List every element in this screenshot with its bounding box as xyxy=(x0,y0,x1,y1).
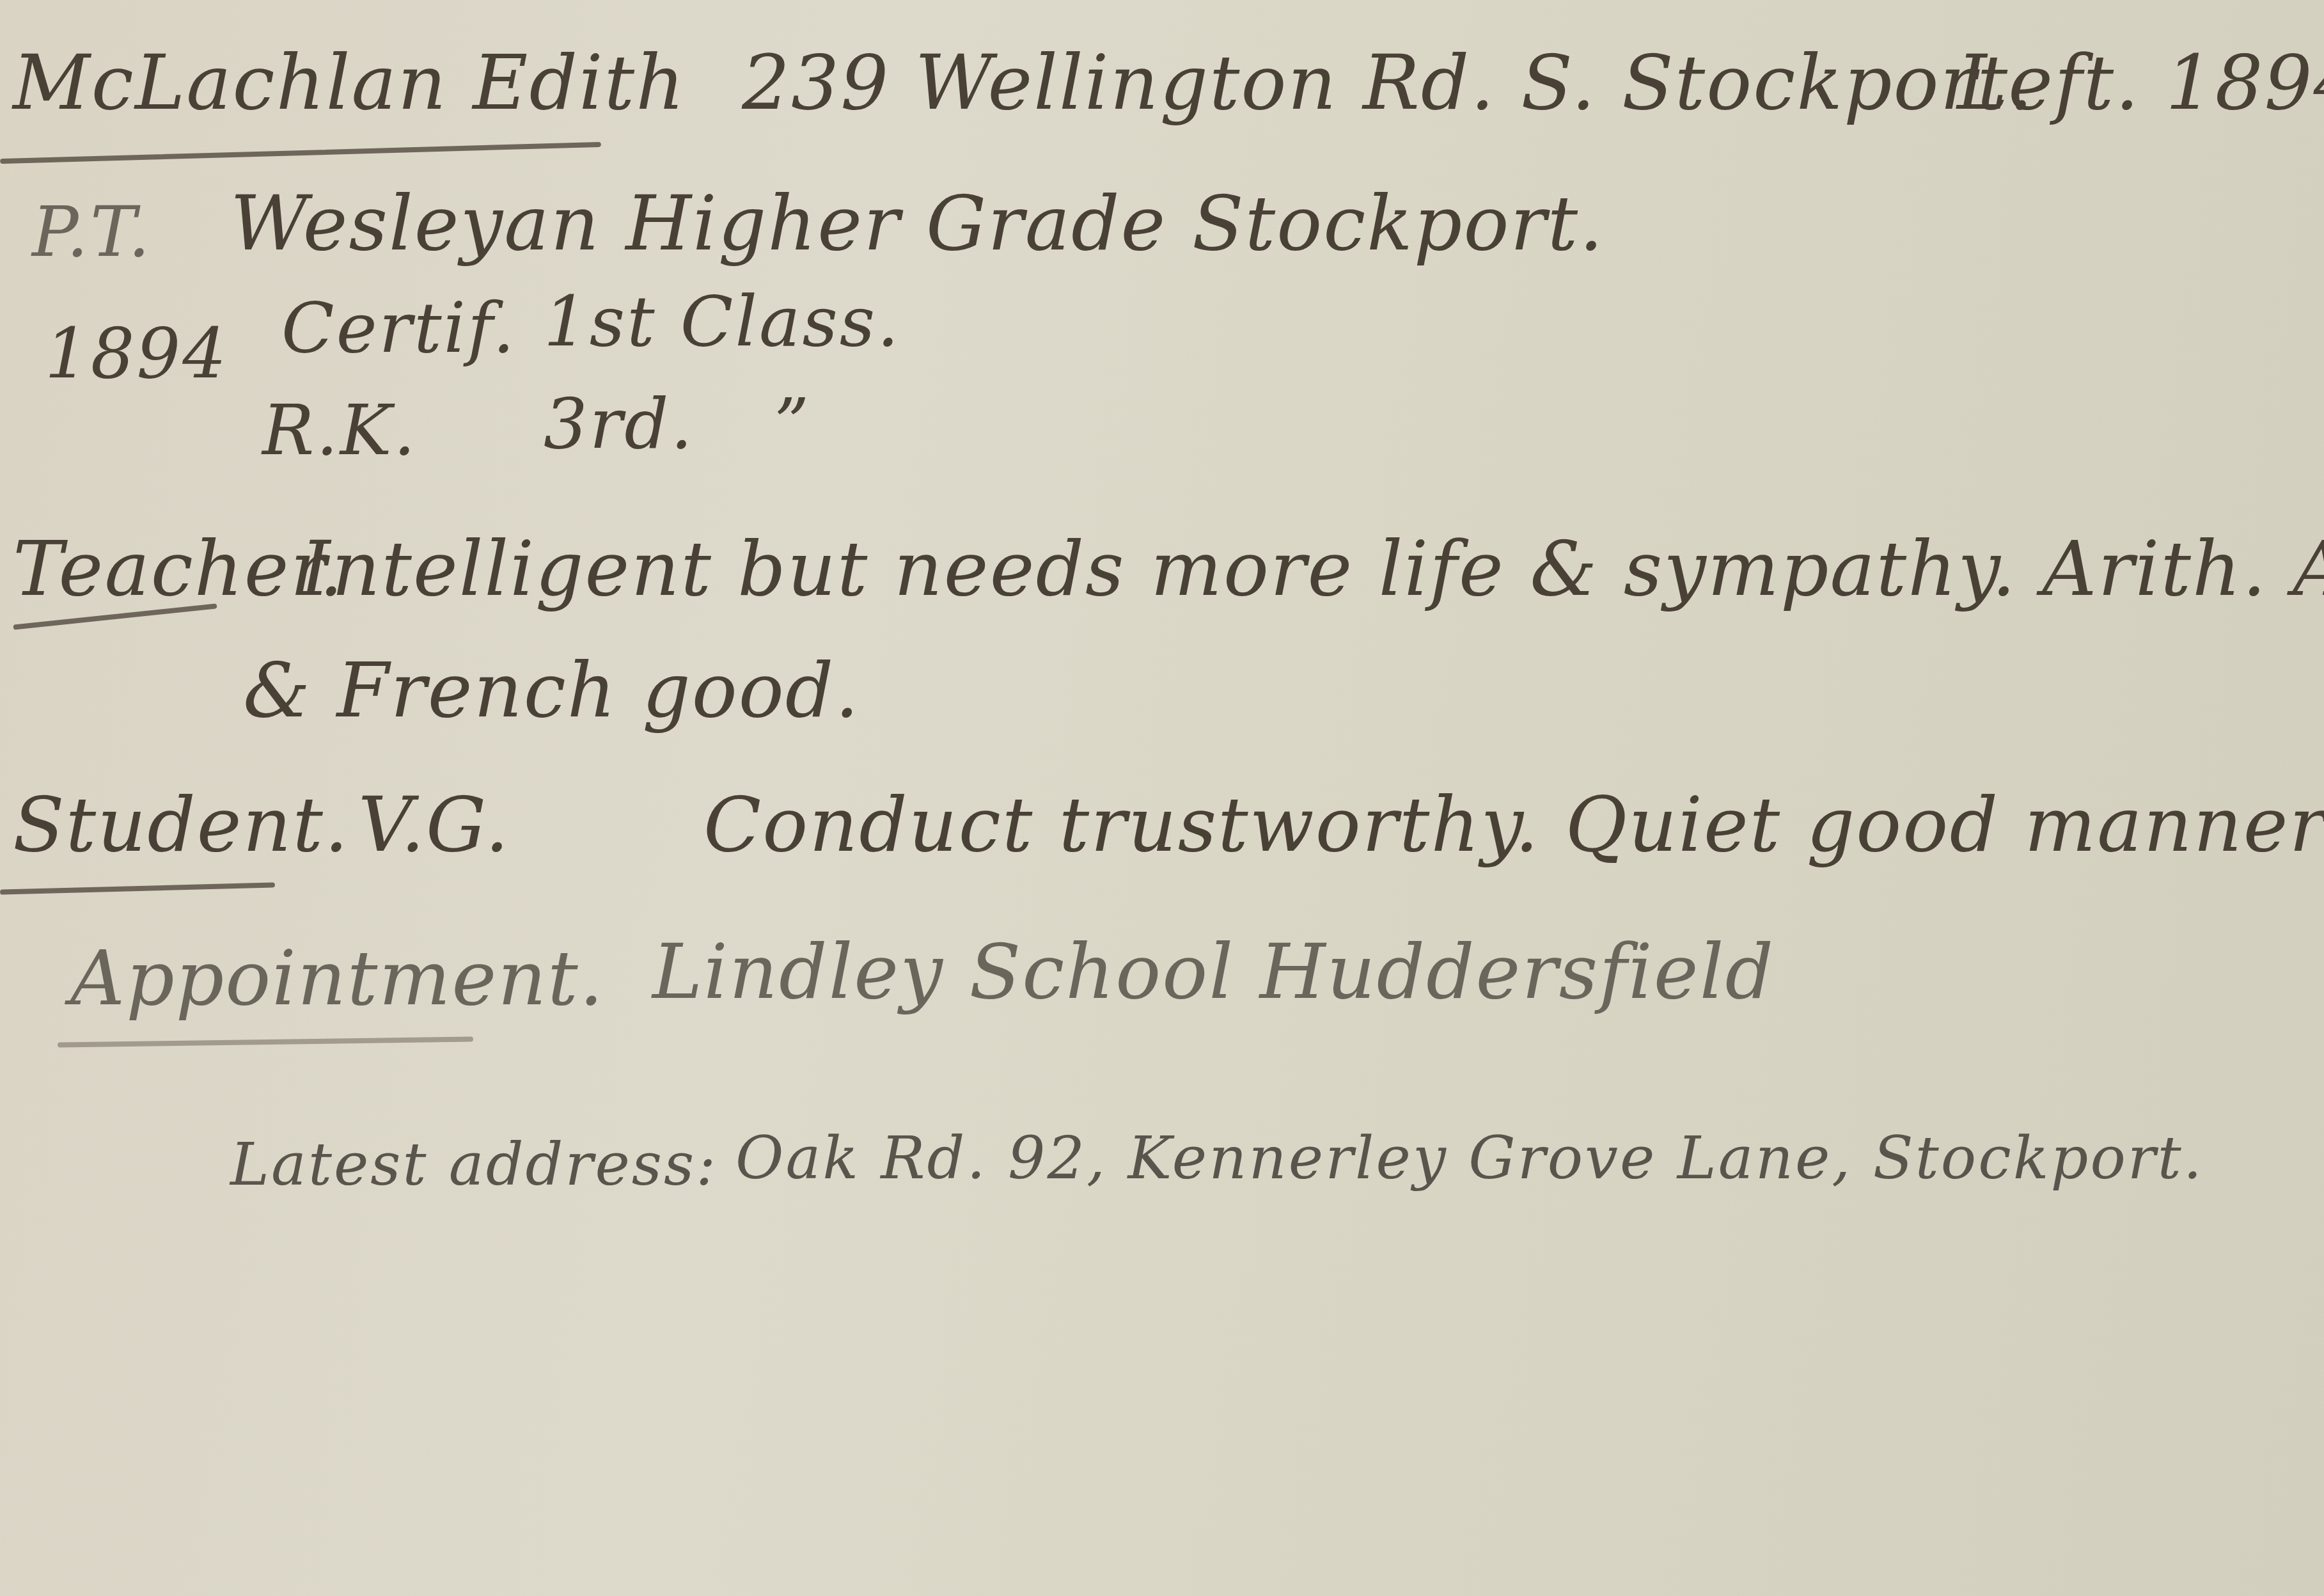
student-comment: Conduct trustworthy. Quiet good manners. xyxy=(703,787,2324,862)
appointment-value: Lindley School Huddersfield xyxy=(652,934,1775,1009)
record-card: McLachlan Edith 239 Wellington Rd. S. St… xyxy=(0,0,2324,1596)
teacher-label: Teacher. xyxy=(13,531,345,606)
certificate-result: 1st Class. xyxy=(544,288,901,357)
student-underline xyxy=(0,882,275,894)
ditto-mark: ” xyxy=(774,390,811,459)
student-name: McLachlan Edith xyxy=(13,45,686,120)
name-underline xyxy=(0,142,601,164)
home-address: 239 Wellington Rd. S. Stockport. xyxy=(742,45,2034,120)
latest-address-value: Oak Rd. 92, Kennerley Grove Lane, Stockp… xyxy=(735,1129,2204,1188)
teacher-comment-line2: & French good. xyxy=(243,652,860,728)
appointment-underline xyxy=(58,1036,473,1047)
appointment-label: Appointment. xyxy=(70,940,604,1016)
teacher-comment-line1: Intelligent but needs more life & sympat… xyxy=(301,531,2324,606)
certificate-subject: Certif. xyxy=(281,294,517,363)
certificate-year: 1894 xyxy=(45,320,228,389)
student-label: Student. xyxy=(13,787,350,862)
left-year: Left. 1894 xyxy=(1957,45,2324,120)
rk-subject: R.K. xyxy=(262,397,418,466)
rk-result: 3rd. xyxy=(544,390,695,459)
latest-address-label: Latest address: xyxy=(230,1135,718,1194)
student-grade: V.G. xyxy=(358,787,510,862)
pupil-teacher-school: Wesleyan Higher Grade Stockport. xyxy=(230,186,1605,261)
pupil-teacher-label: P.T. xyxy=(32,198,152,267)
